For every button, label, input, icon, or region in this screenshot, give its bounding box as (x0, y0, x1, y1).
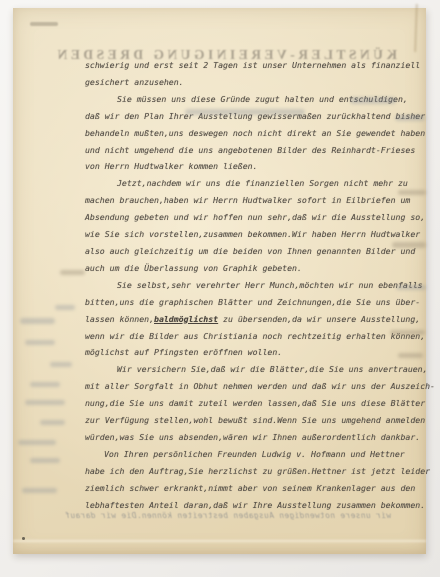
bleed-through-mark (398, 190, 426, 195)
bleed-through-mark (30, 382, 60, 387)
underlined-word: baldmöglichst (154, 314, 218, 324)
bleed-through-mark (50, 362, 72, 367)
bleed-through-mark (20, 318, 55, 324)
bleed-through-mark (40, 420, 65, 425)
bleed-through-footer-line: wir unsere notwendigen Ausgaben bestreit… (61, 511, 391, 520)
bleed-through-mark (22, 488, 57, 493)
bleed-through-mark (350, 97, 396, 104)
bleed-through-mark (185, 109, 305, 115)
bleed-through-footer-text: wir unsere notwendigen Ausgaben bestreit… (65, 511, 391, 520)
ink-dot (22, 537, 25, 540)
letter-body: schwierig und erst seit 2 Tagen ist unse… (85, 57, 440, 513)
bleed-through-mark (30, 458, 60, 463)
bleed-through-mark (396, 285, 426, 290)
bleed-through-mark (395, 115, 425, 121)
paragraph-request: Sie selbst,sehr verehrter Herr Munch,möc… (85, 277, 440, 362)
paragraph-opening: schwierig und erst seit 2 Tagen ist unse… (85, 57, 440, 91)
bleed-through-mark (55, 305, 75, 310)
paragraph-greetings: Von Ihren persönlichen Freunden Ludwig v… (85, 446, 440, 514)
paragraph-hudtwalker: Jetzt,nachdem wir uns die finanziellen S… (85, 175, 440, 276)
scan-background: KÜNSTLER-VEREINIGUNG DRESDEN schwierig u… (0, 0, 440, 577)
paper-crease (414, 4, 418, 52)
bleed-through-mark (60, 270, 85, 275)
letter-page: KÜNSTLER-VEREINIGUNG DRESDEN schwierig u… (13, 8, 426, 554)
paper-fold-line (13, 540, 426, 542)
bleed-through-mark (25, 340, 55, 345)
bleed-through-mark (390, 330, 425, 335)
bleed-through-mark (392, 242, 426, 248)
pencil-mark (30, 22, 58, 26)
bleed-through-mark (398, 353, 423, 358)
bleed-through-mark (25, 400, 65, 405)
bleed-through-mark (18, 440, 56, 445)
paragraph-assurance: Wir versichern Sie,daß wir die Blätter,d… (85, 361, 440, 446)
